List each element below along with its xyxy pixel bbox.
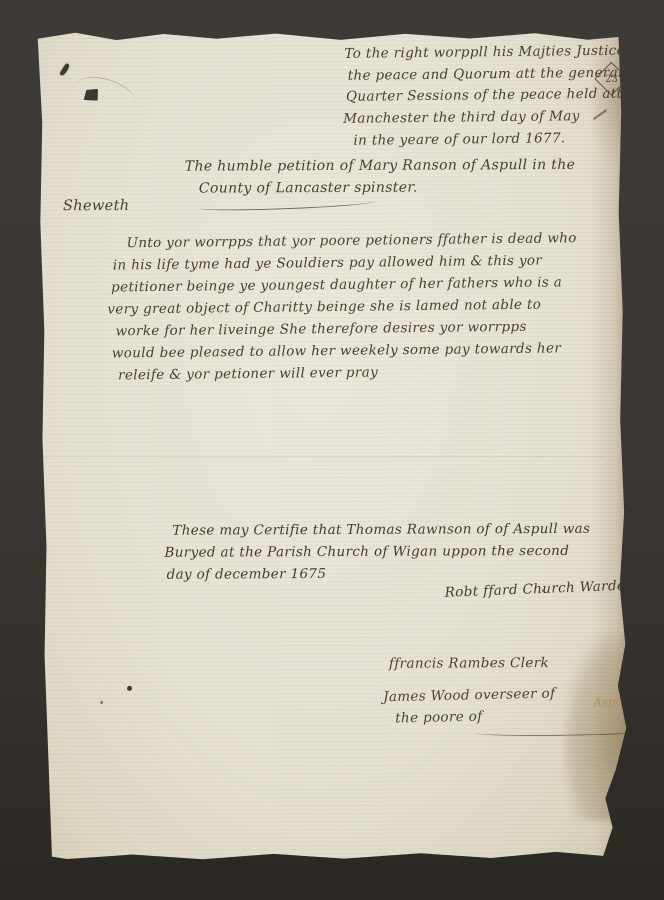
ink-spot [127, 686, 132, 691]
salutation-line: in the yeare of our lord 1677. [353, 130, 565, 148]
paper-scratch [71, 70, 139, 118]
petition-body-line: Unto yor worrpps that yor poore petioner… [127, 230, 577, 251]
petition-body-block: Unto yor worrpps that yor poore petioner… [34, 27, 623, 34]
petition-body-line: very great object of Charitty beinge she… [107, 297, 541, 318]
ink-spot [100, 701, 103, 704]
paper-hole [59, 63, 70, 77]
signatures-block: ffrancis Rambes Clerk James Wood oversee… [34, 29, 623, 32]
ink-spot [542, 589, 545, 592]
sheweth-label: Sheweth [63, 198, 130, 214]
bottom-right-torn-stain [562, 631, 633, 821]
petition-body-line: releife & yor petioner will ever pray [118, 364, 378, 383]
overseer-signature-line: the poore of [395, 709, 483, 727]
overseer-signature-line: James Wood overseer of [383, 686, 556, 706]
petition-body-line: petitioner beinge ye youngest daughter o… [111, 274, 562, 295]
petition-title-line: The humble petition of Mary Ranson of As… [185, 157, 576, 175]
certificate-line: day of december 1675 [167, 566, 327, 583]
faint-place-name: Aspull [593, 693, 632, 710]
certificate-line: These may Certifie that Thomas Rawnson o… [172, 521, 590, 539]
clerk-signature: ffrancis Rambes Clerk [389, 655, 549, 672]
title-underline-flourish [199, 198, 375, 212]
certificate-line: Buryed at the Parish Church of Wigan upp… [164, 543, 569, 561]
petition-body-line: worke for her liveinge She therefore des… [116, 319, 527, 340]
salutation-line: Manchester the third day of May [343, 108, 580, 127]
salutation-line: the peace and Quorum att the generall [348, 65, 628, 84]
petition-title-line: County of Lancaster spinster. [199, 180, 418, 197]
salutation-line: Quarter Sessions of the peace held att [346, 86, 623, 105]
petition-body-line: would bee pleased to allow her weekely s… [112, 340, 561, 361]
salutation-block: To the right worppll his Majties Justice… [34, 27, 623, 34]
burial-certificate-block: These may Certifie that Thomas Rawnson o… [34, 29, 623, 32]
petition-body-line: in his life tyme had ye Souldiers pay al… [113, 253, 543, 274]
horizontal-crease [40, 454, 605, 457]
manuscript-page: 23 To the right worppll his Majties Just… [34, 29, 627, 864]
petition-title-block: The humble petition of Mary Ranson of As… [34, 29, 623, 32]
